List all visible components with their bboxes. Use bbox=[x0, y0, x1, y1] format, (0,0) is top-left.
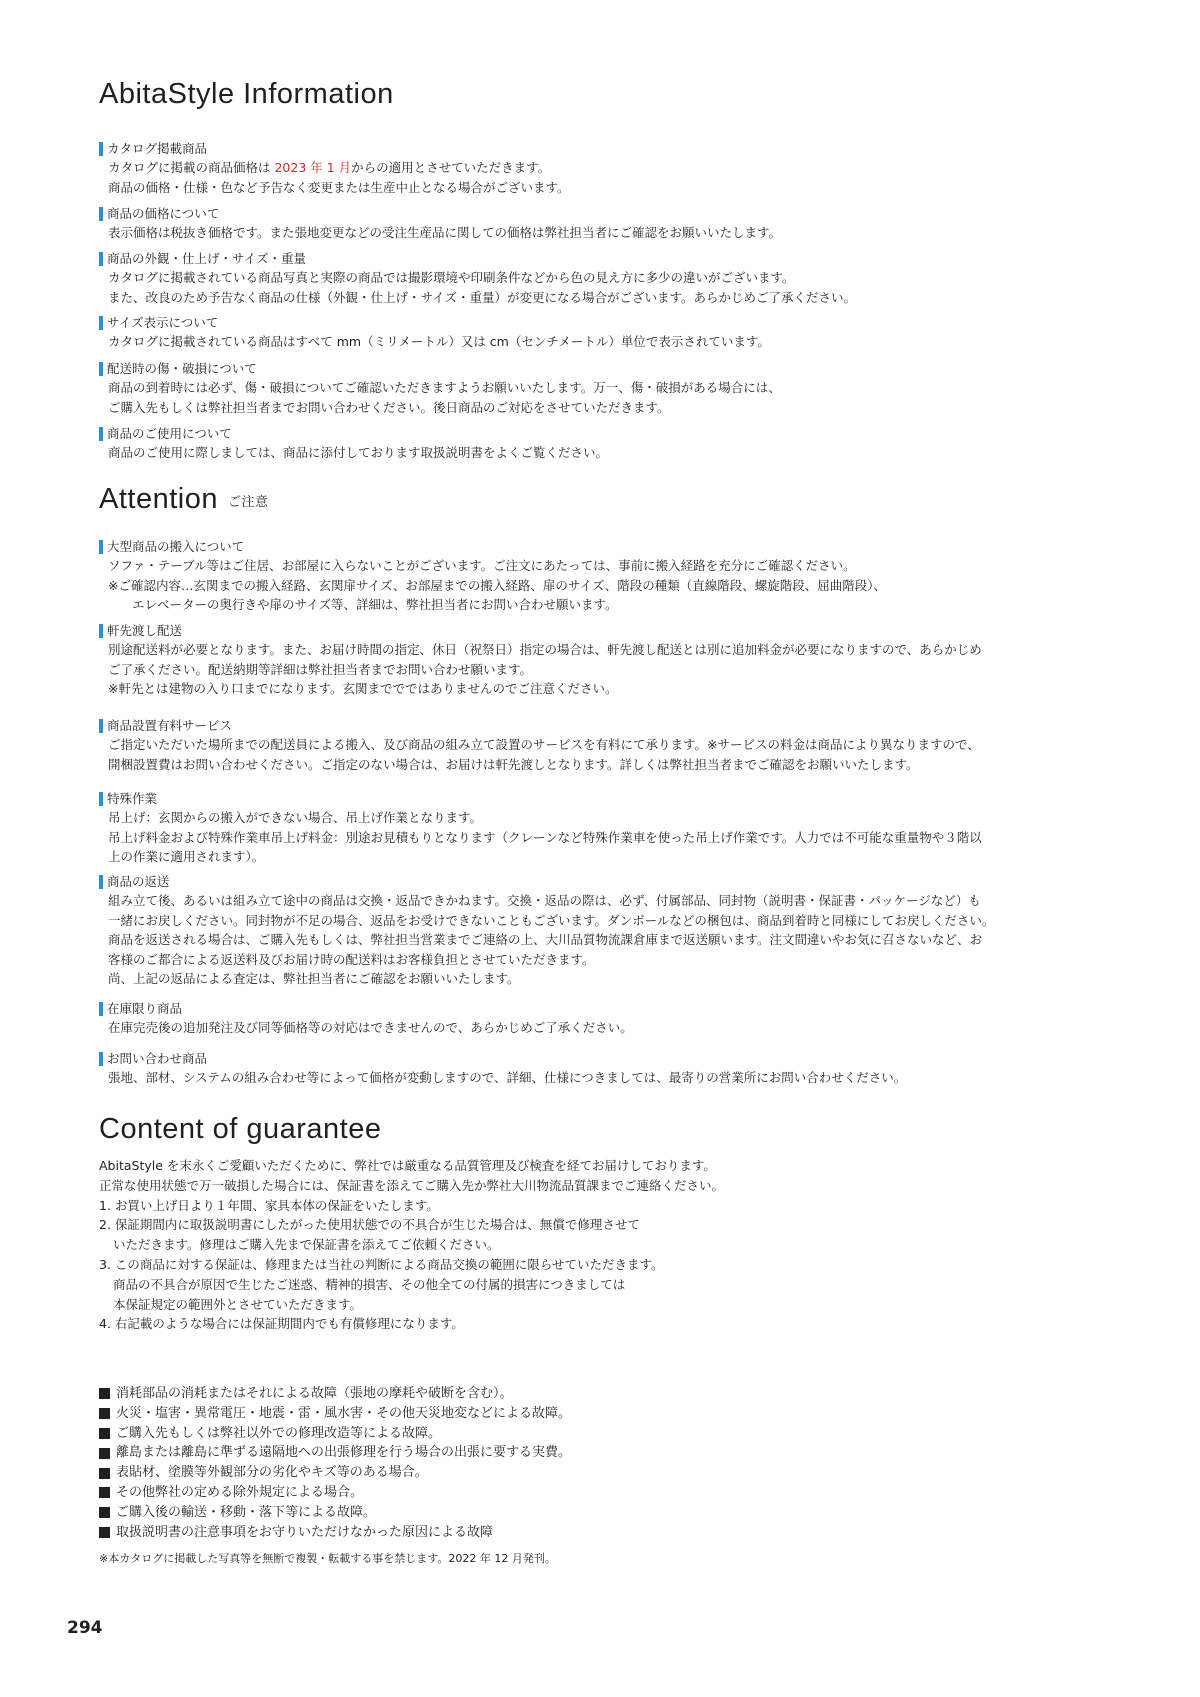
item-line: 商品を返送される場合は、ご購入先もしくは、弊社担当営業までご連絡の上、大川品質物… bbox=[108, 930, 1119, 950]
item-heading: カタログ掲載商品 bbox=[107, 140, 207, 157]
item-line: 上の作業に適用されます）。 bbox=[108, 847, 1119, 867]
guarantee-line: AbitaStyle を末永くご愛顧いただくために、弊社では厳重なる品質管理及び… bbox=[99, 1156, 879, 1176]
section-marker-icon bbox=[99, 792, 103, 806]
section-marker-icon bbox=[99, 1002, 103, 1016]
item-line: ご了承ください。配送納期等詳細は弊社担当者までお問い合わせ願います。 bbox=[108, 660, 1119, 680]
square-bullet-icon bbox=[99, 1487, 110, 1498]
guarantee-line: 4. 右記載のような場合には保証期間内でも有償修理になります。 bbox=[99, 1314, 879, 1334]
attention-item-installation-service: 商品設置有料サービス ご指定いただいた場所までの配送員による搬入、及び商品の組み… bbox=[99, 717, 1119, 774]
square-bullet-icon bbox=[99, 1468, 110, 1479]
guarantee-line: 1. お買い上げ日より１年間、家具本体の保証をいたします。 bbox=[99, 1196, 879, 1216]
item-line: ご指定いただいた場所までの配送員による搬入、及び商品の組み立て設置のサービスを有… bbox=[108, 735, 1119, 755]
guarantee-line: 正常な使用状態で万一破損した場合には、保証書を添えてご購入先か弊社大川物流品質課… bbox=[99, 1176, 879, 1196]
section-marker-icon bbox=[99, 1052, 103, 1066]
paid-repair-exclusions-list: 消耗部品の消耗またはそれによる故障（張地の摩耗や破断を含む）。 火災・塩害・異常… bbox=[99, 1384, 571, 1542]
item-heading: 在庫限り商品 bbox=[107, 1000, 182, 1017]
item-line: カタログに掲載されている商品写真と実際の商品では撮影環境や印刷条件などから色の見… bbox=[108, 268, 1119, 288]
attention-item-large-delivery: 大型商品の搬入について ソファ・テーブル等はご住居、お部屋に入らないことがござい… bbox=[99, 538, 1119, 615]
item-heading: 軒先渡し配送 bbox=[107, 622, 182, 639]
guarantee-line: 3. この商品に対する保証は、修理または当社の判断による商品交換の範囲に限らせて… bbox=[99, 1255, 879, 1275]
guarantee-line: 商品の不具合が原因で生じたご迷惑、精神的損害、その他全ての付属的損害につきまして… bbox=[99, 1275, 879, 1295]
item-line: ※ご確認内容…玄関までの搬入経路、玄関扉サイズ、お部屋までの搬入経路、扉のサイズ… bbox=[108, 576, 1119, 596]
item-line: 表示価格は税抜き価格です。また張地変更などの受注生産品に関しての価格は弊社担当者… bbox=[108, 223, 1119, 243]
section-marker-icon bbox=[99, 142, 103, 156]
item-line: カタログに掲載されている商品はすべて mm（ミリメートル）又は cm（センチメー… bbox=[108, 332, 1119, 352]
section-marker-icon bbox=[99, 316, 103, 330]
square-bullet-icon bbox=[99, 1428, 110, 1439]
information-title: AbitaStyle Information bbox=[99, 78, 394, 111]
item-line: 張地、部材、システムの組み合わせ等によって価格が変動しますので、詳細、仕様につき… bbox=[108, 1068, 1119, 1088]
section-marker-icon bbox=[99, 540, 103, 554]
square-bullet-icon bbox=[99, 1448, 110, 1459]
guarantee-line: いただきます。修理はご購入先まで保証書を添えてご依頼ください。 bbox=[99, 1235, 879, 1255]
exclusion-item: その他弊社の定める除外規定による場合。 bbox=[99, 1483, 571, 1503]
copyright-notice: ※本カタログに掲載した写真等を無断で複製・転載する事を禁じます。2022 年 1… bbox=[99, 1550, 556, 1566]
guarantee-title: Content of guarantee bbox=[99, 1113, 381, 1146]
section-marker-icon bbox=[99, 207, 103, 221]
item-heading: 商品の外観・仕上げ・サイズ・重量 bbox=[107, 250, 306, 267]
square-bullet-icon bbox=[99, 1408, 110, 1419]
section-marker-icon bbox=[99, 624, 103, 638]
item-line: 組み立て後、あるいは組み立て途中の商品は交換・返品できかねます。交換・返品の際は… bbox=[108, 891, 1119, 911]
section-marker-icon bbox=[99, 362, 103, 376]
item-line: 商品の価格・仕様・色など予告なく変更または生産中止となる場合がございます。 bbox=[108, 178, 1119, 198]
item-line: 一緒にお戻しください。同封物が不足の場合、返品をお受けできないこともございます。… bbox=[108, 911, 1119, 931]
item-heading: 大型商品の搬入について bbox=[107, 538, 244, 555]
info-item-catalog-products: カタログ掲載商品 カタログに掲載の商品価格は 2023 年 1 月からの適用とさ… bbox=[99, 140, 1119, 197]
attention-title: Attentionご注意 bbox=[99, 483, 269, 516]
attention-item-curbside-delivery: 軒先渡し配送 別途配送料が必要となります。また、お届け時間の指定、休日（祝祭日）… bbox=[99, 622, 1119, 699]
guarantee-body: AbitaStyle を末永くご愛顧いただくために、弊社では厳重なる品質管理及び… bbox=[99, 1156, 879, 1334]
page-number: 294 bbox=[67, 1618, 103, 1638]
price-effective-date: 2023 年 1 月 bbox=[274, 160, 351, 175]
exclusion-item: 表貼材、塗膜等外観部分の劣化やキズ等のある場合。 bbox=[99, 1463, 571, 1483]
attention-item-limited-stock: 在庫限り商品 在庫完売後の追加発注及び同等価格等の対応はできませんので、あらかじ… bbox=[99, 1000, 1119, 1038]
attention-item-inquiry-products: お問い合わせ商品 張地、部材、システムの組み合わせ等によって価格が変動しますので… bbox=[99, 1050, 1119, 1088]
item-heading: 特殊作業 bbox=[107, 790, 157, 807]
exclusion-item: 火災・塩害・異常電圧・地震・雷・風水害・その他天災地変などによる故障。 bbox=[99, 1404, 571, 1424]
item-line: 在庫完売後の追加発注及び同等価格等の対応はできませんので、あらかじめご了承くださ… bbox=[108, 1018, 1119, 1038]
item-line: 商品のご使用に際しましては、商品に添付しております取扱説明書をよくご覧ください。 bbox=[108, 443, 1119, 463]
exclusion-item: 取扱説明書の注意事項をお守りいただけなかった原因による故障 bbox=[99, 1523, 571, 1543]
item-line: 商品の到着時には必ず、傷・破損についてご確認いただきますようお願いいたします。万… bbox=[108, 378, 1119, 398]
square-bullet-icon bbox=[99, 1507, 110, 1518]
item-line: 客様のご都合による返送料及びお届け時の配送料はお客様負担とさせていただきます。 bbox=[108, 950, 1119, 970]
item-line: ※軒先とは建物の入り口までになります。玄関まででではありませんのでご注意ください… bbox=[108, 679, 1119, 699]
item-line: 尚、上記の返品による査定は、弊社担当者にご確認をお願いいたします。 bbox=[108, 969, 1119, 989]
item-heading: お問い合わせ商品 bbox=[107, 1050, 207, 1067]
item-line: ソファ・テーブル等はご住居、お部屋に入らないことがございます。ご注文にあたっては… bbox=[108, 556, 1119, 576]
item-line: 開梱設置費はお問い合わせください。ご指定のない場合は、お届けは軒先渡しとなります… bbox=[108, 755, 1119, 775]
item-line: エレベーターの奥行きや扉のサイズ等、詳細は、弊社担当者にお問い合わせ願います。 bbox=[108, 595, 1119, 615]
info-item-size-display: サイズ表示について カタログに掲載されている商品はすべて mm（ミリメートル）又… bbox=[99, 314, 1119, 352]
square-bullet-icon bbox=[99, 1527, 110, 1538]
attention-item-returns: 商品の返送 組み立て後、あるいは組み立て途中の商品は交換・返品できかねます。交換… bbox=[99, 873, 1119, 989]
item-heading: 商品の価格について bbox=[107, 205, 219, 222]
item-heading: サイズ表示について bbox=[107, 314, 218, 331]
item-line: また、改良のため予告なく商品の仕様（外観・仕上げ・サイズ・重量）が変更になる場合… bbox=[108, 288, 1119, 308]
item-heading: 商品設置有料サービス bbox=[107, 717, 232, 734]
exclusion-item: ご購入後の輸送・移動・落下等による故障。 bbox=[99, 1503, 571, 1523]
square-bullet-icon bbox=[99, 1388, 110, 1399]
guarantee-line: 2. 保証期間内に取扱説明書にしたがった使用状態での不具合が生じた場合は、無償で… bbox=[99, 1215, 879, 1235]
item-line: 別途配送料が必要となります。また、お届け時間の指定、休日（祝祭日）指定の場合は、… bbox=[108, 640, 1119, 660]
section-marker-icon bbox=[99, 252, 103, 266]
exclusion-item: 離島または離島に準ずる遠隔地への出張修理を行う場合の出張に要する実費。 bbox=[99, 1443, 571, 1463]
item-heading: 商品のご使用について bbox=[107, 425, 232, 442]
info-item-damage: 配送時の傷・破損について 商品の到着時には必ず、傷・破損についてご確認いただきま… bbox=[99, 360, 1119, 417]
item-line: 吊上げ：玄関からの搬入ができない場合、吊上げ作業となります。 bbox=[108, 808, 1119, 828]
item-line: カタログに掲載の商品価格は 2023 年 1 月からの適用とさせていただきます。 bbox=[108, 158, 1119, 178]
info-item-appearance: 商品の外観・仕上げ・サイズ・重量 カタログに掲載されている商品写真と実際の商品で… bbox=[99, 250, 1119, 307]
item-heading: 配送時の傷・破損について bbox=[107, 360, 257, 377]
exclusion-item: 消耗部品の消耗またはそれによる故障（張地の摩耗や破断を含む）。 bbox=[99, 1384, 571, 1404]
info-item-pricing: 商品の価格について 表示価格は税抜き価格です。また張地変更などの受注生産品に関し… bbox=[99, 205, 1119, 243]
section-marker-icon bbox=[99, 875, 103, 889]
attention-subtitle: ご注意 bbox=[228, 494, 269, 509]
guarantee-line: 本保証規定の範囲外とさせていただきます。 bbox=[99, 1295, 879, 1315]
item-line: ご購入先もしくは弊社担当者までお問い合わせください。後日商品のご対応をさせていた… bbox=[108, 398, 1119, 418]
exclusion-item: ご購入先もしくは弊社以外での修理改造等による故障。 bbox=[99, 1424, 571, 1444]
item-line: 吊上げ料金および特殊作業車吊上げ料金：別途お見積もりとなります（クレーンなど特殊… bbox=[108, 828, 1119, 848]
attention-item-special-work: 特殊作業 吊上げ：玄関からの搬入ができない場合、吊上げ作業となります。 吊上げ料… bbox=[99, 790, 1119, 867]
item-heading: 商品の返送 bbox=[107, 873, 170, 890]
section-marker-icon bbox=[99, 719, 103, 733]
catalog-page: AbitaStyle Information カタログ掲載商品 カタログに掲載の… bbox=[0, 0, 1200, 1697]
info-item-usage: 商品のご使用について 商品のご使用に際しましては、商品に添付しております取扱説明… bbox=[99, 425, 1119, 463]
section-marker-icon bbox=[99, 427, 103, 441]
